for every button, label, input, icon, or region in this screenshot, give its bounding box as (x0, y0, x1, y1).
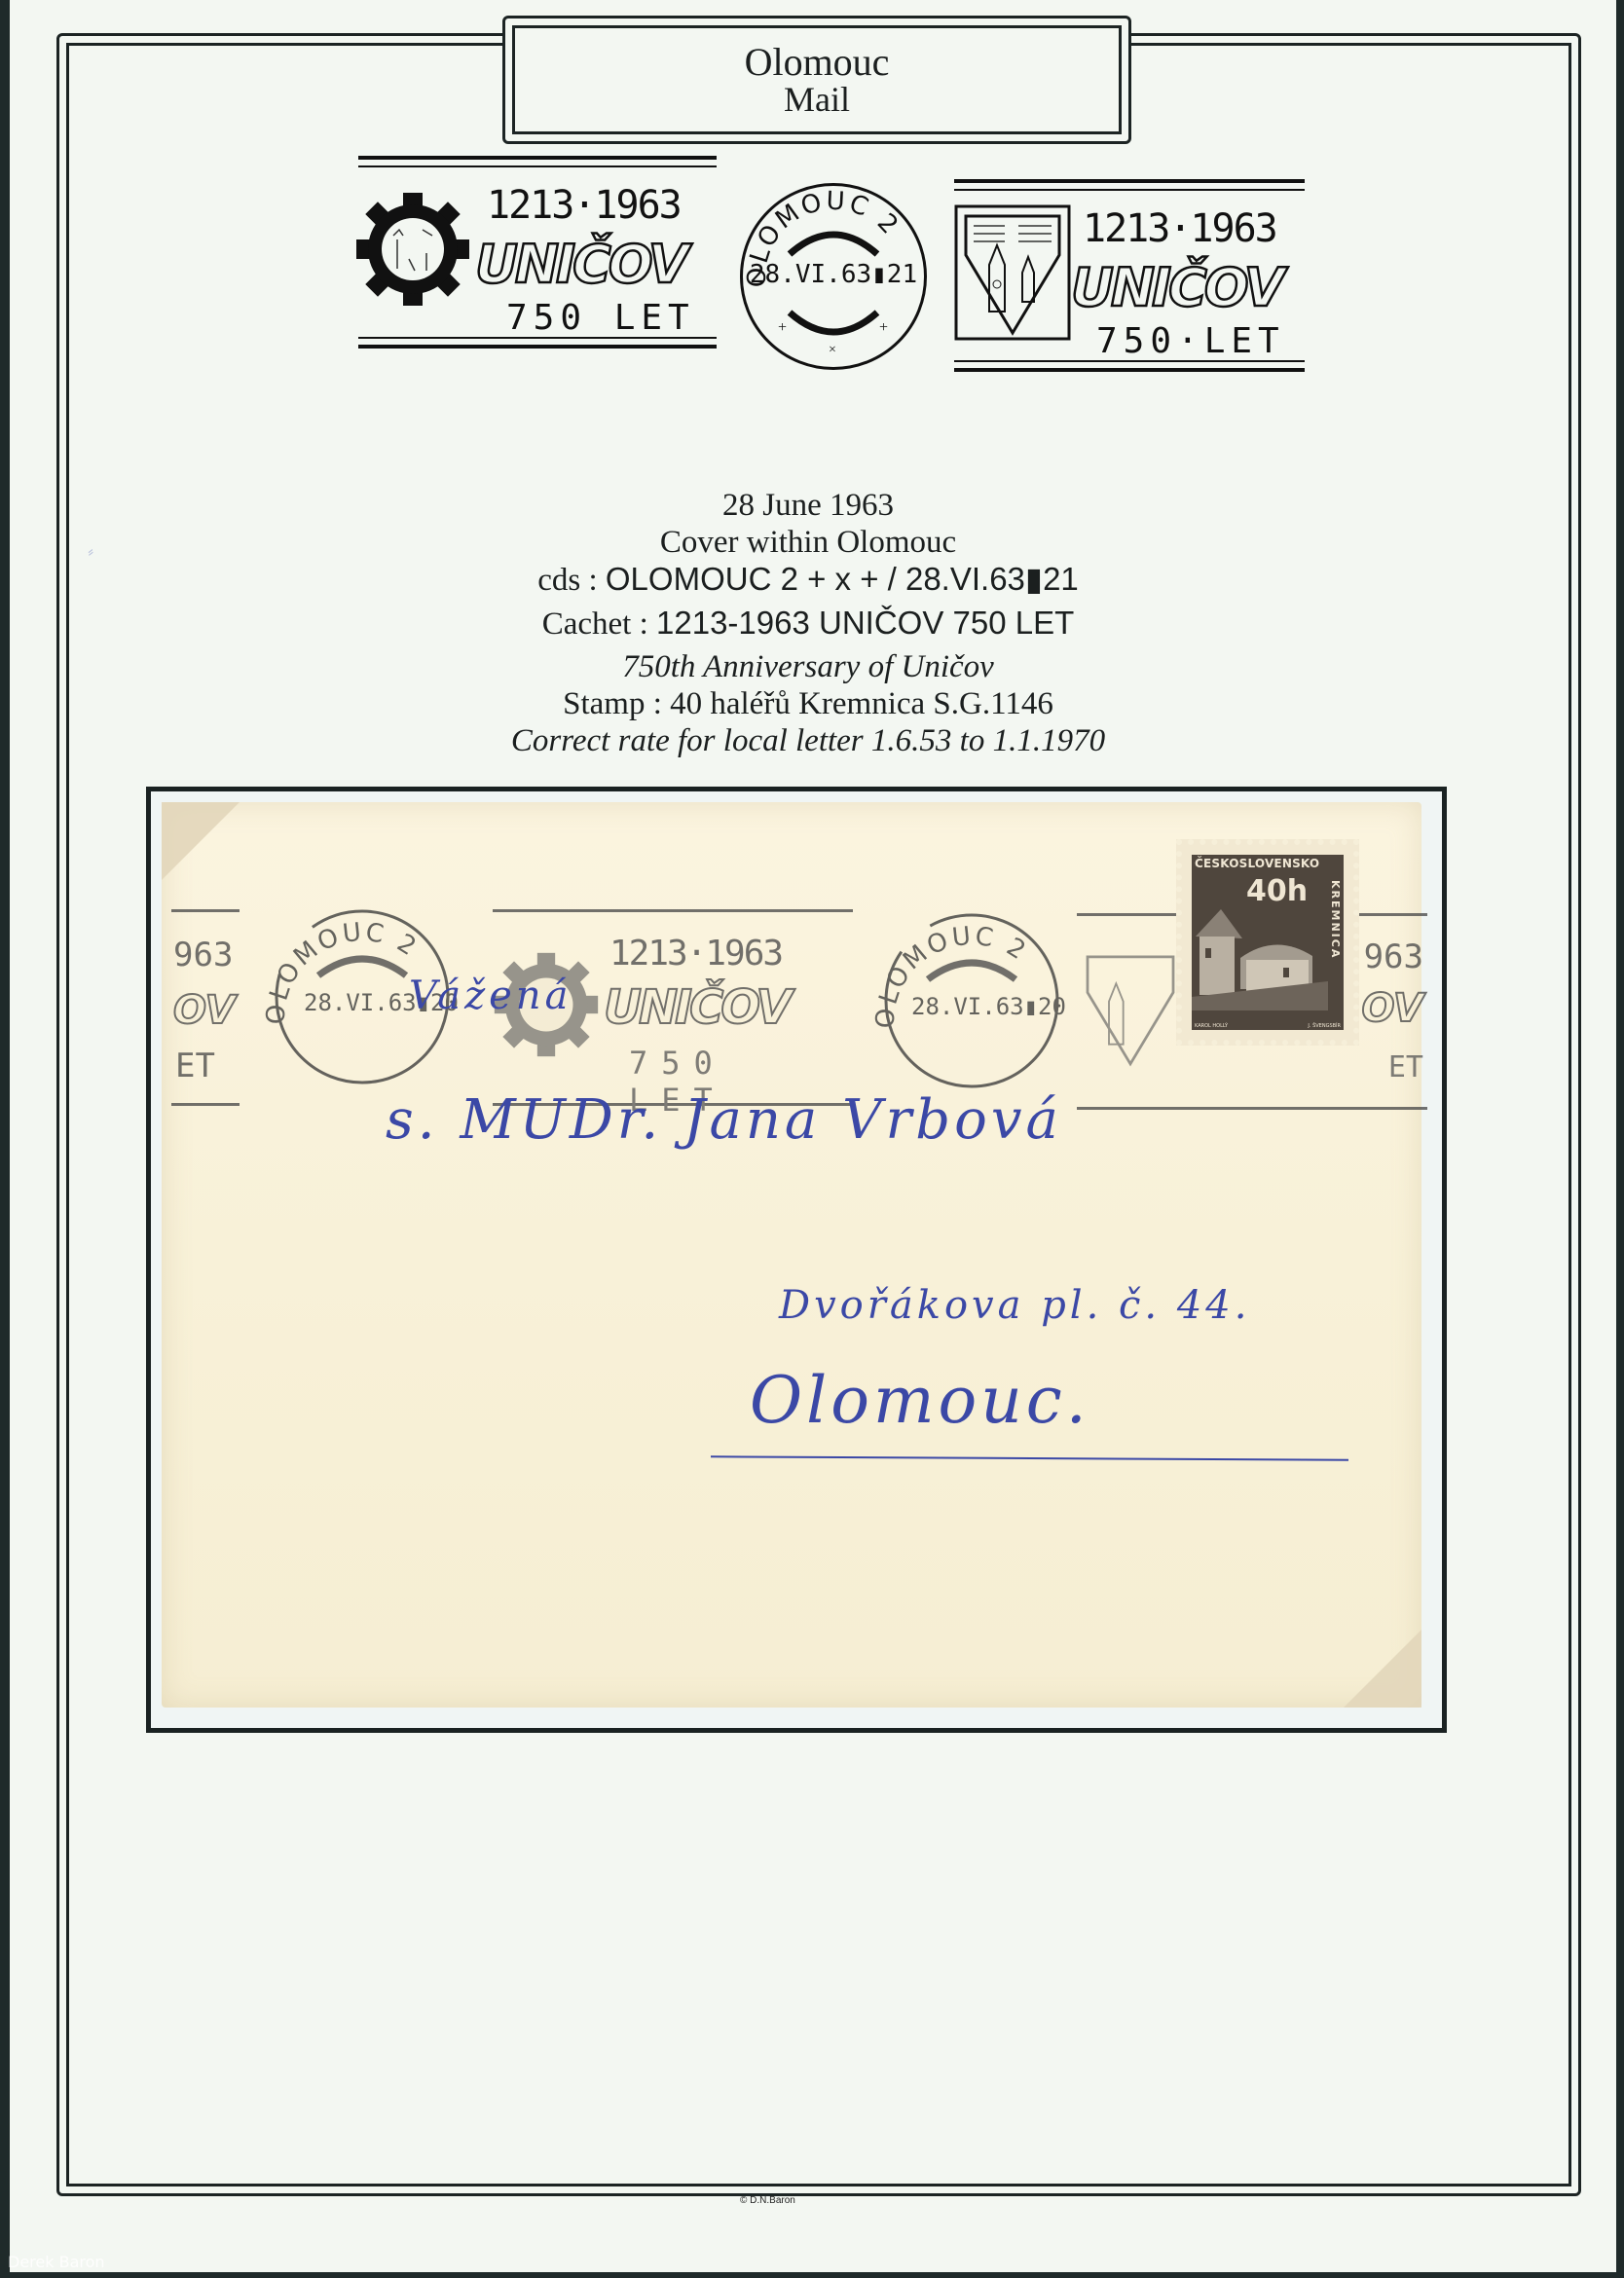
stamp-design: ČESKOSLOVENSKO 40h KREMNICA KAROL HOLLÝ … (1192, 855, 1344, 1030)
cachet-value: 1213-1963 UNIČOV 750 LET (656, 605, 1074, 641)
slogan-fragment-left: 963 OV ET (171, 909, 240, 1106)
stamp-credits: KAROL HOLLÝ J. ŠVENGSBÍR (1195, 1023, 1341, 1029)
coat-of-arms-shield-icon (1077, 936, 1184, 1082)
cds-line: cds : OLOMOUC 2 + x + / 28.VI.63▮21 (370, 561, 1246, 605)
slogan-town: UNIČOV (475, 234, 686, 295)
slogan-years: 1213·1963 (1083, 206, 1276, 251)
address-city: Olomouc. (750, 1363, 1090, 1438)
stamp-country: ČESKOSLOVENSKO (1195, 857, 1319, 870)
cover-description: 28 June 1963 Cover within Olomouc cds : … (370, 487, 1246, 759)
cachet-line: Cachet : 1213-1963 UNIČOV 750 LET (370, 605, 1246, 648)
rate-note: Correct rate for local letter 1.6.53 to … (370, 722, 1246, 759)
slogan-cancel-left: 1213·1963 UNIČOV 750 LET (358, 156, 717, 349)
svg-text:×: × (829, 343, 836, 357)
slogan-town: UNIČOV (1071, 257, 1282, 318)
cog-wheel-icon (354, 191, 471, 308)
copyright-credit: © D.N.Baron (740, 2195, 795, 2206)
slogan-years: 1213·1963 (487, 183, 681, 228)
page-subtitle: Mail (784, 82, 850, 117)
cover-cds-2-date: 28.VI.63▮20 (911, 993, 1066, 1020)
title-box: Olomouc Mail (512, 25, 1122, 134)
cachet-note: 750th Anniversary of Uničov (370, 648, 1246, 685)
coat-of-arms-shield-icon (954, 204, 1071, 341)
svg-text:+: + (879, 319, 888, 336)
stamp-line: Stamp : 40 haléřů Kremnica S.G.1146 (370, 685, 1246, 722)
svg-text:+: + (778, 319, 787, 336)
cover-description-line: Cover within Olomouc (370, 524, 1246, 561)
watermark: Derek Baron (8, 2253, 105, 2271)
castle-icon (1192, 903, 1328, 1010)
cover-date: 28 June 1963 (370, 487, 1246, 524)
cds-postmark: OLOMOUC 2 + + × 28.VI.63▮21 (740, 183, 927, 370)
slogan-cancel-right: 1213·1963 UNIČOV 750·LET (954, 179, 1305, 372)
slogan-anniversary: 750 LET (506, 298, 695, 338)
address-street: Dvořákova pl. č. 44. (779, 1283, 1250, 1328)
postage-stamp: ČESKOSLOVENSKO 40h KREMNICA KAROL HOLLÝ … (1176, 839, 1359, 1046)
cds-date: 28.VI.63▮21 (743, 260, 924, 289)
cds-value: OLOMOUC 2 + x + / 28.VI.63▮21 (606, 561, 1079, 597)
postmark-illustration: 1213·1963 UNIČOV 750 LET OLOMOUC 2 + + ×… (351, 146, 1314, 399)
slogan-anniversary: 750·LET (1096, 321, 1285, 361)
address-salutation: Vážená (409, 974, 572, 1018)
address-name: s. MUDr. Jana Vrbová (386, 1088, 1062, 1152)
page-title: Olomouc (745, 43, 890, 82)
stamp-place: KREMNICA (1329, 880, 1342, 959)
